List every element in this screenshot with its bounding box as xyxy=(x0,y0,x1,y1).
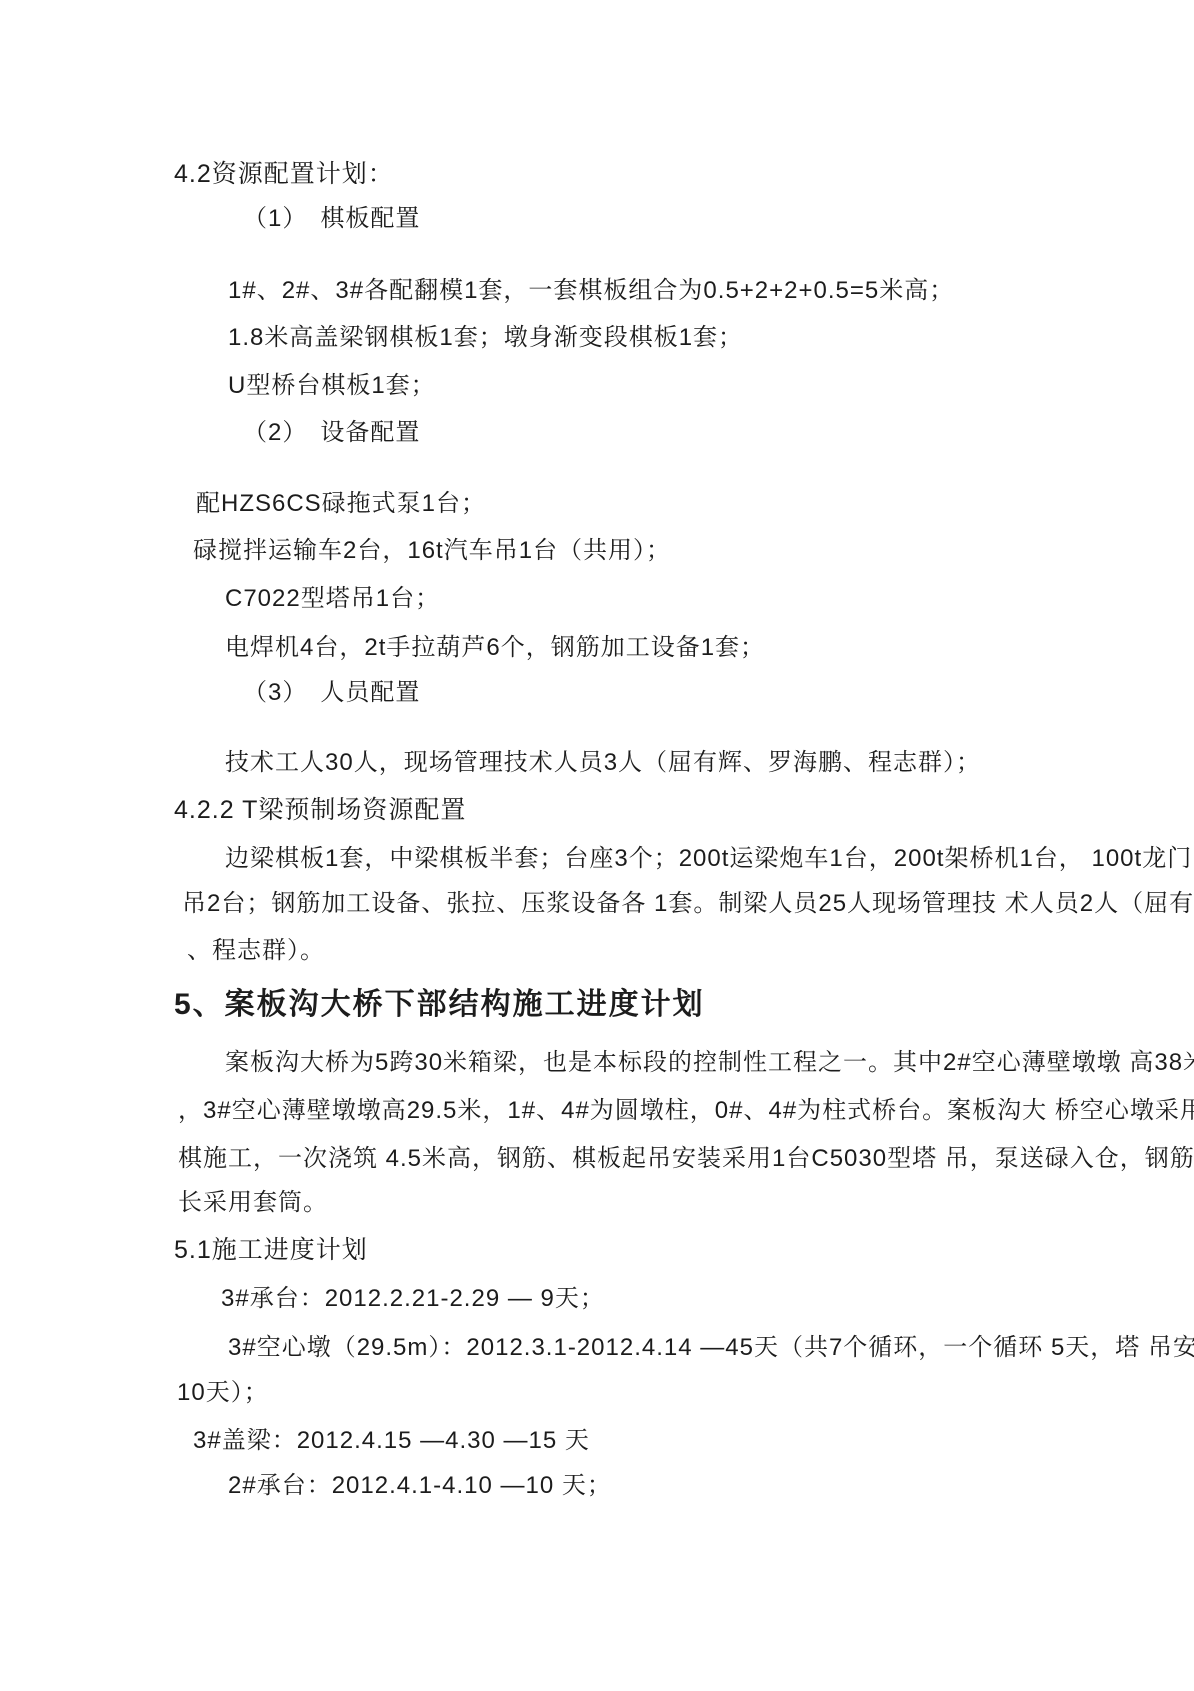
formwork-line-3: U型桥台棋板1套； xyxy=(228,372,436,400)
schedule-line-4: 3#盖梁：2012.4.15 —4.30 —15 天 xyxy=(193,1427,590,1455)
equipment-line-2: 碌搅拌运输车2台，16t汽车吊1台（共用）； xyxy=(193,537,671,565)
formwork-line-1: 1#、2#、3#各配翻模1套，一套棋板组合为0.5+2+2+0.5=5米高； xyxy=(228,277,954,305)
section-heading-4-2: 4.2资源配置计划： xyxy=(174,160,394,188)
tbeam-line-3: 、程志群）。 xyxy=(187,937,325,965)
equipment-line-3: C7022型塔吊1台； xyxy=(225,585,440,613)
section-heading-5-1: 5.1施工进度计划 xyxy=(174,1236,368,1264)
formwork-line-2: 1.8米高盖梁钢棋板1套；墩身渐变段棋板1套； xyxy=(228,324,743,352)
section-heading-4-2-2: 4.2.2 T梁预制场资源配置 xyxy=(174,796,466,824)
tbeam-line-2: 吊2台；钢筋加工设备、张拉、压浆设备各 1套。制梁人员25人现场管理技 术人员2… xyxy=(182,890,1194,918)
schedule-line-2: 3#空心墩（29.5m）：2012.3.1-2012.4.14 —45天（共7个… xyxy=(228,1334,1194,1362)
equipment-line-1: 配HZS6CS碌拖式泵1台； xyxy=(196,490,486,518)
bridge-line-4: 长采用套筒。 xyxy=(178,1189,328,1217)
bridge-line-3: 棋施工，一次浇筑 4.5米高，钢筋、棋板起吊安装采用1台C5030型塔 吊，泵送… xyxy=(178,1145,1194,1173)
schedule-line-5: 2#承台：2012.4.1-4.10 —10 天； xyxy=(228,1472,612,1500)
schedule-line-3: 10天）； xyxy=(177,1379,269,1407)
list-item-1-heading: （1） 棋板配置 xyxy=(243,205,420,233)
personnel-line: 技术工人30人，现场管理技术人员3人（屈有辉、罗海鹏、程志群）； xyxy=(225,749,981,777)
bridge-line-1: 案板沟大桥为5跨30米箱梁，也是本标段的控制性工程之一。其中2#空心薄壁墩墩 高… xyxy=(225,1049,1194,1077)
tbeam-line-1: 边梁棋板1套，中梁棋板半套；台座3个；200t运梁炮车1台，200t架桥机1台，… xyxy=(225,845,1192,873)
chapter-heading-5: 5、案板沟大桥下部结构施工进度计划 xyxy=(174,988,705,1022)
document-page: 4.2资源配置计划： （1） 棋板配置 1#、2#、3#各配翻模1套，一套棋板组… xyxy=(0,0,1194,1691)
equipment-line-4: 电焊机4台，2t手拉葫芦6个，钢筋加工设备1套； xyxy=(225,634,765,662)
list-item-3-heading: （3） 人员配置 xyxy=(243,679,420,707)
bridge-line-2: ，3#空心薄壁墩墩高29.5米，1#、4#为圆墩柱，0#、4#为柱式桥台。案板沟… xyxy=(178,1097,1194,1125)
schedule-line-1: 3#承台：2012.2.21-2.29 — 9天； xyxy=(221,1285,605,1313)
list-item-2-heading: （2） 设备配置 xyxy=(243,419,420,447)
